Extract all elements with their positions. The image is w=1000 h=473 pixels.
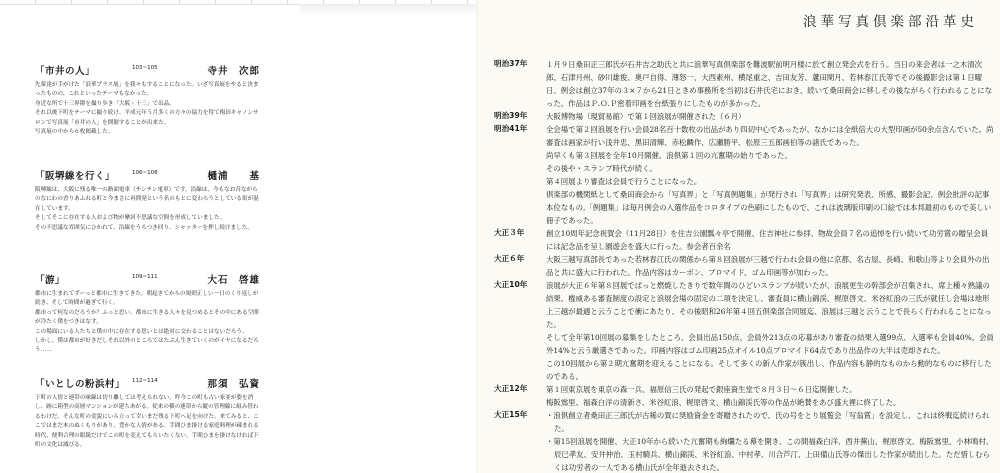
- entry-paragraph: 都市に生まれてずーっと都市に生きてきた。朝起きてからの規則正しい一日のくり返しが…: [35, 290, 260, 309]
- entry-body: 都市に生まれてずーっと都市に生きてきた。朝起きてからの規則正しい一日のくり返しが…: [35, 290, 260, 356]
- entry-title: 「阪堺線を行く」: [35, 168, 115, 182]
- entry-paragraph: そしてそこに存在する人および物が摩訶不思議な空間を形成していました。: [35, 214, 260, 223]
- entry-title: 「市井の人」: [35, 63, 95, 77]
- history-paragraph: そして全年第10回展の募集をしたところ、会員出品150点、会員外213点の応募が…: [546, 331, 994, 357]
- photo-entry: 「いとしの粉浜村」 112~114 那須 弘資 下町の人情と連帯の味線は切り離し…: [35, 376, 260, 450]
- history-row: 大正12年 第１回東京展を東京の森一兵、福原信三氏の発起で銀座資生堂で８月３日～…: [494, 383, 994, 409]
- photo-entry: 「阪堺線を行く」 106~108 樋浦 基 阪堺線は、大阪に残る唯一の路面電車（…: [35, 168, 260, 233]
- history-year: 明治41年: [494, 123, 527, 134]
- history-row: 明治41年 全会場で第２回浪展を行い会員28名百十数枚の出品があり四切中心であっ…: [494, 123, 994, 227]
- history-row: 大正６年 大阪三越写真部長であった若林春江氏の関係から第８回浪展が三越で行われ会…: [494, 253, 994, 279]
- entry-paragraph: 身近な所で十三界隈を撮り歩き「大阪・十三」で出品。: [35, 100, 260, 109]
- history-bullet: ・浪倶創立者桑田正三郎氏が古稀の賀に奨励資金を寄贈されたので、氏の号をとり展覧会…: [546, 409, 994, 435]
- entry-paragraph: 写真展の中から６枚掲載した。: [35, 128, 260, 137]
- entry-author: 寺井 次郎: [207, 63, 260, 77]
- entry-pages: 109~111: [132, 274, 158, 280]
- entry-paragraph: 都市って何なのだろうか？ふっと思い、都市に生きる人々を見つめるとその中にある空間…: [35, 309, 260, 328]
- history-paragraph: 第４回展より審査は会員で行うことになった。: [546, 175, 994, 188]
- history-year: 大正12年: [494, 383, 527, 394]
- history-row: 明治39年 大阪博物場（現貿易館）で第１回浪展が開催された（６月）: [494, 110, 994, 123]
- history-row: 大正10年 浪展が大正６年第８回展でぱっと燃焼したきりで数年間のひどいスランプが…: [494, 279, 994, 383]
- entry-pages: 106~108: [132, 170, 158, 176]
- history-paragraph: 浪展が大正６年第８回展でぱっと燃焼したきりで数年間のひどいスランプが続いたが、浪…: [546, 279, 994, 331]
- history-paragraph: 尚早くも第３回展を全年10月開催、浪倶第１回の亢奮期の始りであった。: [546, 149, 994, 162]
- history-paragraph: 全会場で第２回浪展を行い会員28名百十数枚の出品があり四切中心であったが、なかに…: [546, 123, 994, 149]
- photo-entry: 「游」 109~111 大石 啓雄 都市に生まれてずーっと都市に生きてきた。朝起…: [35, 272, 260, 356]
- entry-author: 那須 弘資: [207, 376, 260, 390]
- history-paragraph: その後や・スランプ時代が続く。: [546, 162, 994, 175]
- history-row: 大正15年 ・浪倶創立者桑田正三郎氏が古稀の賀に奨励資金を寄贈されたので、氏の号…: [494, 409, 994, 473]
- entry-body: 阪堺線は、大阪に残る唯一の路面電車（チンチン電車）です。沿線は、今もなお昔ながら…: [35, 186, 260, 233]
- history-title: 浪華写真倶楽部沿革史: [803, 10, 978, 30]
- history-year: 明治39年: [494, 110, 527, 121]
- history-text: 浪展が大正６年第８回展でぱっと燃焼したきりで数年間のひどいスランプが続いたが、浪…: [546, 279, 994, 383]
- history-row: 明治37年 １月９日桑田正三郎氏が石井吉之助氏と共に浪華写真倶楽部を難波駅前明月…: [494, 58, 994, 110]
- history-row: 大正３年 創立10周年記念祝賀会（11月28日）を住吉公園瓢々亭で開催、住吉神社…: [494, 227, 994, 253]
- entry-paragraph: 下町の人情と連帯の味線は切り離しては考えられない。昨今この町も古い家並が姿を消し…: [35, 394, 260, 450]
- page-shadow: [300, 4, 478, 16]
- history-year: 明治37年: [494, 58, 527, 69]
- history-year: 大正10年: [494, 279, 527, 290]
- entry-header: 「いとしの粉浜村」 112~114 那須 弘資: [35, 376, 260, 392]
- entry-pages: 112~114: [132, 378, 158, 384]
- entry-paragraph: 先輩達が手がけた「浪華プラス展」を我々もすることになった。いざ写真展をやると決ま…: [35, 81, 260, 100]
- entry-body: 先輩達が手がけた「浪華プラス展」を我々もすることになった。いざ写真展をやると決ま…: [35, 81, 260, 137]
- entry-paragraph: しかし、僕は都市が好きだしそれ以外のところではたぶん生きていくのがイヤになるだろ…: [35, 337, 260, 356]
- history-paragraph: １月９日桑田正三郎氏が石井吉之助氏と共に浪華写真倶楽部を難波駅前明月楼に於て創立…: [546, 58, 994, 110]
- entry-paragraph: それ以後下町をテーマに撮り続け、平成元年５月多くの方々の協力を得て梅田キャノンサ…: [35, 109, 260, 128]
- entry-title: 「いとしの粉浜村」: [35, 376, 125, 390]
- entry-title: 「游」: [35, 272, 65, 286]
- history-year: 大正３年: [494, 227, 524, 238]
- history-year: 大正15年: [494, 409, 527, 420]
- history-timeline: 明治37年 １月９日桑田正三郎氏が石井吉之助氏と共に浪華写真倶楽部を難波駅前明月…: [494, 58, 994, 473]
- entry-paragraph: この場面にいる人たちと僕の中に存在する思いとは絶対に交わることはないだろう。: [35, 328, 260, 337]
- history-paragraph: 大阪博物場（現貿易館）で第１回浪展が開催された（６月）: [546, 110, 994, 123]
- entry-pages: 103~105: [132, 65, 158, 71]
- entry-author: 樋浦 基: [207, 168, 260, 182]
- left-page: 「市井の人」 103~105 寺井 次郎 先輩達が手がけた「浪華プラス展」を我々…: [0, 0, 478, 473]
- history-text: 全会場で第２回浪展を行い会員28名百十数枚の出品があり四切中心であったが、なかに…: [546, 123, 994, 227]
- history-paragraph: 第１回東京展を東京の森一兵、福原信三氏の発起で銀座資生堂で８月３日～６日迄開催し…: [546, 383, 994, 396]
- photo-entry: 「市井の人」 103~105 寺井 次郎 先輩達が手がけた「浪華プラス展」を我々…: [35, 63, 260, 137]
- entry-author: 大石 啓雄: [207, 272, 260, 286]
- history-year: 大正６年: [494, 253, 524, 264]
- history-paragraph: 倶楽部の機関紙として桑田商会から「写真界」と「写真例題集」が発行され「写真界」は…: [546, 188, 994, 227]
- history-text: 大阪博物場（現貿易館）で第１回浪展が開催された（６月）: [546, 110, 994, 123]
- entry-header: 「游」 109~111 大石 啓雄: [35, 272, 260, 288]
- history-paragraph: 創立10周年記念祝賀会（11月28日）を住吉公園瓢々亭で開催、住吉神社に参拝、物…: [546, 227, 994, 253]
- history-text: 創立10周年記念祝賀会（11月28日）を住吉公園瓢々亭で開催、住吉神社に参拝、物…: [546, 227, 994, 253]
- entry-body: 下町の人情と連帯の味線は切り離しては考えられない。昨今この町も古い家並が姿を消し…: [35, 394, 260, 450]
- history-text: １月９日桑田正三郎氏が石井吉之助氏と共に浪華写真倶楽部を難波駅前明月楼に於て創立…: [546, 58, 994, 110]
- entry-paragraph: その不思議な雰囲気にひかれて、沿線をうろつき回り、シャッターを押し続けました。: [35, 224, 260, 233]
- entry-header: 「市井の人」 103~105 寺井 次郎: [35, 63, 260, 79]
- history-text: 大阪三越写真部長であった若林春江氏の関係から第８回浪展が三越で行われ会員の他に京…: [546, 253, 994, 279]
- history-paragraph: 大阪三越写真部長であった若林春江氏の関係から第８回浪展が三越で行われ会員の他に京…: [546, 253, 994, 279]
- history-text: 第１回東京展を東京の森一兵、福原信三氏の発起で銀座資生堂で８月３日～６日迄開催し…: [546, 383, 994, 409]
- entry-paragraph: 阪堺線は、大阪に残る唯一の路面電車（チンチン電車）です。沿線は、今もなお昔ながら…: [35, 186, 260, 214]
- history-paragraph: 梅阪鴬里、福森白洋の清新さ、米谷紅浪、梶原啓文、横山錦渓氏等の作品が絶賛をあび盛…: [546, 396, 994, 409]
- history-paragraph: この10回展から第２期亢奮期を迎えることになる。そして多くの新人作家が簇出し、作…: [546, 357, 994, 383]
- entry-header: 「阪堺線を行く」 106~108 樋浦 基: [35, 168, 260, 184]
- history-bullet: ・第15回浪展を開催、大正10年から続いた亢奮期も絢爛たる幕を開き、この間福森白…: [546, 435, 994, 473]
- history-text: ・浪倶創立者桑田正三郎氏が古稀の賀に奨励資金を寄贈されたので、氏の号をとり展覧会…: [546, 409, 994, 473]
